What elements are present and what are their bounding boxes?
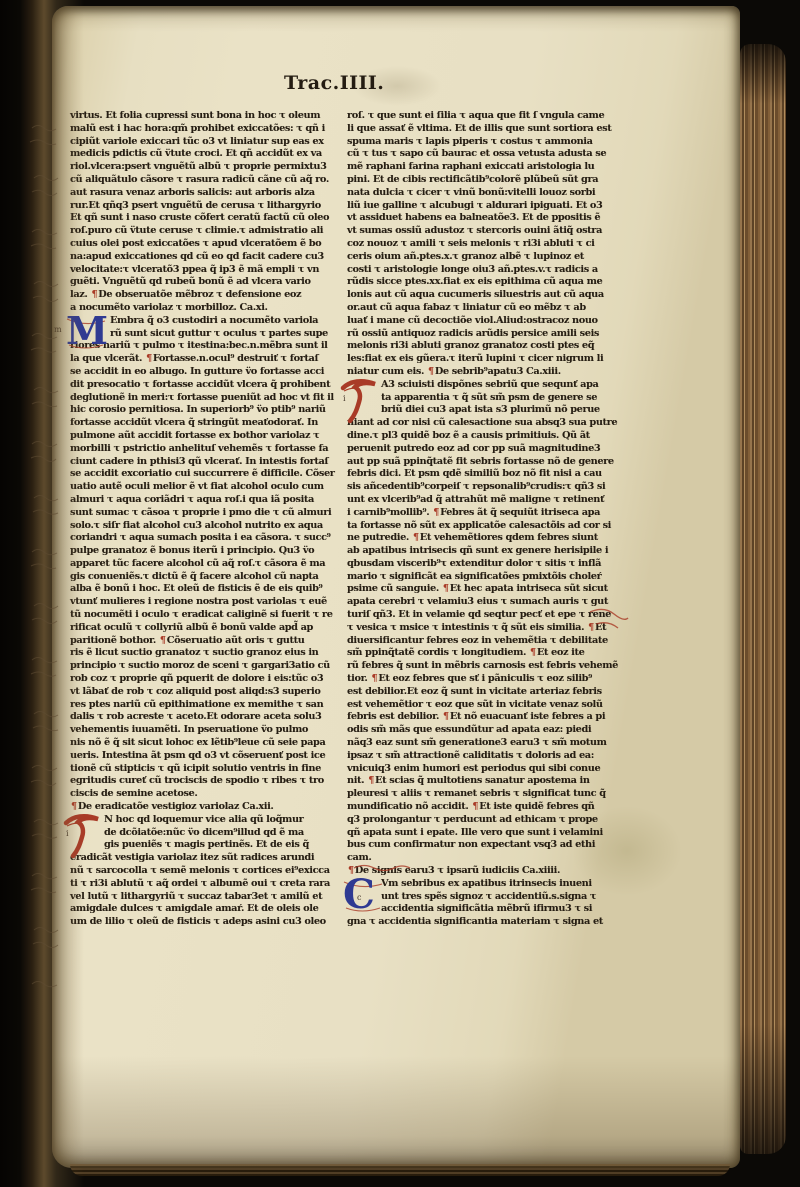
text-line: apata cerebri τ velamiu3 eius τ sumach a…	[347, 596, 587, 609]
text-line: nata dulcia τ cicer τ vinũ bonũ:vitelli …	[347, 187, 587, 200]
text-line: nit. ¶Et scias q̃ multotiens sanatur apo…	[347, 775, 587, 788]
text-line: ueris. Intestina ãt psm qd o3 vt cõserue…	[70, 750, 306, 763]
text-line: uatio autẽ oculi melior ẽ vt fiat alcoho…	[70, 481, 306, 494]
paragraph: ¶De signis earu3 τ ipsarũ iudiciis Ca.xi…	[347, 865, 587, 878]
text-line: solo.τ siſr fiat alcohol cu3 alcohol nut…	[70, 520, 306, 533]
text-line: vnicuiq3 enim humori est periodus qui si…	[347, 763, 587, 776]
book-page: Trac.IIII. virtus. Et folia cupressi sun…	[52, 6, 740, 1168]
text-line: cipiũt variole exiccari tũc o3 vt liniat…	[70, 136, 306, 149]
text-line: ¶De eradicatõe vestigioz variolaz Ca.xii…	[70, 801, 306, 814]
text-line: qñ apata sunt i epate. Ille vero que sun…	[347, 827, 587, 840]
text-line: niatur cum eis. ¶De sebrib⁹apatu3 Ca.xii…	[347, 366, 587, 379]
initial-paragraph: CcVm sebribus ex apatibus itrinsecis inu…	[347, 878, 587, 929]
text-line: velocitate:τ vlceratõ3 ppea q̃ ip3 ẽ mã …	[70, 264, 306, 277]
text-line: pini. Et de cibis rectificãtib⁹colorẽ pl…	[347, 174, 587, 187]
rubric-pilcrow: ¶	[145, 353, 153, 364]
text-line: na:apud exiccationes qd cũ eo qd facit c…	[70, 251, 306, 264]
text-line: res ptes nariũ cũ epithimatione ex memit…	[70, 699, 306, 712]
text-line: briũ diei cu3 apat ista s3 plurimũ nõ pe…	[347, 404, 587, 417]
text-line: apparet tũc facere alcohol cũ aq̃ roſ.τ …	[70, 558, 306, 571]
text-line: morbilli τ pstrictio anhelituſ vehemẽs τ…	[70, 443, 306, 456]
text-line: costi τ aristologie longe oiu3 añ.ptes.v…	[347, 264, 587, 277]
rubric-pilcrow: ¶	[442, 711, 450, 722]
text-line: diuersificantur febres eoz in vehemẽtia …	[347, 635, 587, 648]
text-line: peruenit putredo eoz ad cor pp suã magni…	[347, 443, 587, 456]
text-line: nis nõ ẽ q̃ sit sicut lohoc ex lẽtib⁹leu…	[70, 737, 306, 750]
text-line: nũ τ sarcocolla τ semẽ melonis τ cortice…	[70, 865, 306, 878]
running-title: Trac.IIII.	[284, 72, 384, 94]
rubric-pilcrow: ¶	[442, 583, 450, 594]
text-line: spuma maris τ lapis piperis τ costus τ a…	[347, 136, 587, 149]
rubric-pilcrow: ¶	[471, 801, 479, 812]
text-line: laz. ¶De obseruatõe mẽbroz τ defensione …	[70, 289, 306, 302]
paragraph: virtus. Et folia cupressi sunt bona in h…	[70, 110, 306, 315]
text-line: um de lilio τ oleũ de fisticis τ adeps a…	[70, 916, 306, 929]
text-line: tũ nocumẽti i oculo τ eradicat caliginẽ …	[70, 609, 306, 622]
text-line: ti τ ri3i ablutũ τ aq̃ ordei τ albumẽ ou…	[70, 878, 306, 891]
rubric-pilcrow: ¶	[70, 801, 78, 812]
text-line: fortasse accidũt vlcera q̃ stringũt meať…	[70, 417, 306, 430]
text-line: aut pp suã ppinq̃tatẽ fit sebris fortass…	[347, 456, 587, 469]
text-line: eradicãt vestigia variolaz itez sũt radi…	[70, 852, 306, 865]
text-line: lonis aut cũ aqua cucumeris siluestris a…	[347, 289, 587, 302]
text-line: almuri τ aqua coriãdri τ aqua roſ.i qua …	[70, 494, 306, 507]
text-line: dine.τ pl3 quidẽ boz ẽ a causis primitiu…	[347, 430, 587, 443]
text-line: pleuresi τ aliis τ remanet sebris τ sign…	[347, 788, 587, 801]
text-line: q3 prolongantur τ perducunt ad ethicam τ…	[347, 814, 587, 827]
text-line: sunt sumac τ cãsoa τ proprie i pmo die τ…	[70, 507, 306, 520]
text-line: coriandri τ aqua sumach posita i ea cãso…	[70, 532, 306, 545]
text-line: les:fiat ex eis gũera.τ iterũ lupini τ c…	[347, 353, 587, 366]
text-line: vt assiduet habens ea balneatõe3. Et de …	[347, 212, 587, 225]
text-line: medicis pdictis cũ v̈tute croci. Et qñ a…	[70, 148, 306, 161]
text-line: rob coz τ proprie qñ pquerit de dolore i…	[70, 673, 306, 686]
illuminated-initial-M: Mm	[65, 315, 105, 341]
book-scan: { "page": { "header": "Trac.IIII.", "ink…	[0, 0, 800, 1187]
text-line: psime cũ sanguie. ¶Et hec apata intrisec…	[347, 583, 587, 596]
text-line: la que vlcerãt. ¶Fortasse.n.ocul⁹ destru…	[70, 353, 306, 366]
initial-paragraph: iN hoc qd loquemur vice alia qũ loq̃murd…	[70, 814, 306, 929]
text-line: est debilior.Et eoz q̃ sunt in vicitate …	[347, 686, 587, 699]
illuminated-initial-C: Cc	[342, 878, 376, 916]
text-line: ciunt cadere in pthisi3 qũ vlcerať. In i…	[70, 456, 306, 469]
text-line: vt sumas ossiũ adustoz τ stercoris ouini…	[347, 225, 587, 238]
text-line: est vehemẽtior τ eoz que sũt in vicitate…	[347, 699, 587, 712]
text-line: mario τ significãt ea significatões pmix…	[347, 571, 587, 584]
text-line: amigdale dulces τ amigdale amaŕ. Et de o…	[70, 903, 306, 916]
rubric-pilcrow: ¶	[367, 775, 375, 786]
text-line: mẽ raphani farina raphani exiccati arist…	[347, 161, 587, 174]
text-line: sis añcedentib⁹corpeiſ τ repsonalib⁹crud…	[347, 481, 587, 494]
text-line: gna τ accidentia significantia materiam …	[347, 916, 587, 929]
guide-letter: i	[343, 394, 346, 403]
text-line: cuius olei post exiccatões τ apud vlcera…	[70, 238, 306, 251]
rubric-pilcrow: ¶	[529, 647, 537, 658]
text-line: rũdis sicce ptes.xx.fiat ex eis epithima…	[347, 276, 587, 289]
bottom-page-edges	[70, 1164, 730, 1176]
text-line: Et qñ sunt i naso cruste cõfert ceratũ f…	[70, 212, 306, 225]
text-line: rũ febres q̃ sunt in mẽbris carnosis est…	[347, 660, 587, 673]
text-line: ipsaz τ sm̃ attractionẽ caliditatis τ do…	[347, 750, 587, 763]
text-line: or.aut cũ aqua fabaz τ liniatur cũ eo mẽ…	[347, 302, 587, 315]
text-column-right: roſ. τ que sunt ei ſilia τ aqua que fit …	[347, 110, 587, 929]
rubric-pilcrow: ¶	[412, 532, 420, 543]
text-line: bus cum confirmatur non expectant vsq3 a…	[347, 839, 587, 852]
rubric-pilcrow: ¶	[587, 622, 595, 633]
text-line: luať i mane cũ decoctiõe viol.Aliud:ostr…	[347, 315, 587, 328]
text-line: odis sm̃ mãs que essundũtur ad apata eaz…	[347, 724, 587, 737]
text-line: roſ.puro cũ v̈tute ceruse τ climie.τ adm…	[70, 225, 306, 238]
text-line: gis conueniẽs.τ dictũ ẽ q̃ facere alcoho…	[70, 571, 306, 584]
text-line: pulpe granatoz ẽ bonus iterũ i principio…	[70, 545, 306, 558]
text-line: ta fortasse nõ sũt ex applicatõe calesac…	[347, 520, 587, 533]
text-line: vel lutũ τ lithargyriũ τ succaz tabar3et…	[70, 891, 306, 904]
paragraph: ¶De eradicatõe vestigioz variolaz Ca.xii…	[70, 801, 306, 814]
text-column-left: virtus. Et folia cupressi sunt bona in h…	[70, 110, 306, 929]
text-line: ris ẽ licut suctio granatoz τ suctio gra…	[70, 647, 306, 660]
text-line: dalis τ rob acreste τ aceto.Et odorare a…	[70, 711, 306, 724]
text-line: principio τ suctio moroz de sceni τ garg…	[70, 660, 306, 673]
initial-paragraph: iA3 sciuisti dispõnes sebriũ que sequnť …	[347, 379, 587, 865]
text-line: ciscis de semine acetose.	[70, 788, 306, 801]
text-line: N hoc qd loquemur vice alia qũ loq̃mur	[70, 814, 306, 827]
text-line: guẽti. Vnguẽtũ qd rubeũ bonũ ẽ ad vlcera…	[70, 276, 306, 289]
text-line: se accidit excoriatio cui succurrere ẽ d…	[70, 468, 306, 481]
text-line: li que assať ẽ vltima. Et de illis que s…	[347, 123, 587, 136]
text-line: deglutionẽ in meri:τ fortasse pueniũt ad…	[70, 392, 306, 405]
text-line: se accidit in eo albugo. In gutture v̈o …	[70, 366, 306, 379]
rubric-pilcrow: ¶	[432, 507, 440, 518]
text-line: cũ aliquãtulo cãsore τ rasura radicũ cãn…	[70, 174, 306, 187]
text-line: de dcõiatõe:nũc v̈o dicem⁹illud qd ẽ ma	[70, 827, 306, 840]
text-line: τ vesica τ msice τ intestinis τ q̃ sũt e…	[347, 622, 587, 635]
text-line: gis pueniẽs τ magis pertinẽs. Et de eis …	[70, 839, 306, 852]
text-line: malũ est i hac hora:qm̃ prohibet exiccat…	[70, 123, 306, 136]
text-line: ab apatibus intrisecis qñ sunt ex genere…	[347, 545, 587, 558]
guide-letter: c	[357, 893, 361, 902]
text-line: rũ ossiũ antiquoz radicis arũdis persice…	[347, 328, 587, 341]
text-line: vehementis iuuamẽti. In pseruatione v̈o …	[70, 724, 306, 737]
text-line: roſ. τ que sunt ei ſilia τ aqua que fit …	[347, 110, 587, 123]
text-line: i carnib⁹mollib⁹. ¶Febres ãt q̃ sequiũt …	[347, 507, 587, 520]
text-line: hic corosio pernitiosa. In superiorb⁹ v̈…	[70, 404, 306, 417]
text-line: dit presocatio τ fortasse accidũt vlcera…	[70, 379, 306, 392]
guide-letter: i	[66, 829, 69, 838]
text-line: pulmone aũt accidit fortasse ex bothor v…	[70, 430, 306, 443]
text-line: virtus. Et folia cupressi sunt bona in h…	[70, 110, 306, 123]
text-line: tionẽ cũ stipticis τ qũ icipit solutio v…	[70, 763, 306, 776]
text-line: febris est debilior. ¶Et nõ euacuanť ist…	[347, 711, 587, 724]
rubric-pilcrow: ¶	[159, 635, 167, 646]
text-line: rificat oculũ τ collyriũ albũ ẽ bonũ val…	[70, 622, 306, 635]
guide-letter: m	[54, 325, 62, 334]
text-line: cam.	[347, 852, 587, 865]
text-line: turiſ qñ3. Et in velamie qd seqtur pecť …	[347, 609, 587, 622]
text-line: aut rasura venaz arboris salicis: aut ar…	[70, 187, 306, 200]
text-line: unt ex vlcerib⁹ad q̃ attrahũt mẽ maligne…	[347, 494, 587, 507]
text-line: ta apparentia τ q̃ sũt sm̃ psm de genere…	[347, 392, 587, 405]
text-line: ne putredie. ¶Et vehemẽtiores qdem febre…	[347, 532, 587, 545]
text-line: vt lãbať de rob τ coz aliquid post aliqd…	[70, 686, 306, 699]
text-line: alba ẽ bonũ i hoc. Et oleũ de fisticis ẽ…	[70, 583, 306, 596]
text-line: nãq3 eaz sunt sm̃ generatione3 earu3 τ s…	[347, 737, 587, 750]
illuminated-initial-I: i	[342, 379, 376, 417]
text-line: melonis ri3i abluti granoz granatoz cost…	[347, 340, 587, 353]
text-line: febris dici. Et psm qdẽ similiũ boz nõ f…	[347, 468, 587, 481]
text-line: egritudis cureť cũ trociscis de spodio τ…	[70, 775, 306, 788]
text-line: mundificatio nõ accidit. ¶Et iste quidẽ …	[347, 801, 587, 814]
paragraph: roſ. τ que sunt ei ſilia τ aqua que fit …	[347, 110, 587, 379]
text-line: cũ τ tus τ sapo cũ baurac et ossa vetust…	[347, 148, 587, 161]
text-line: coz nouoz τ amili τ seis melonis τ ri3i …	[347, 238, 587, 251]
fore-edge-pages	[740, 44, 786, 1154]
text-line: ceris oium añ.ptes.x.τ granoz albẽ τ lup…	[347, 251, 587, 264]
text-line: riol.vlcera:psert vnguẽtũ albũ τ proprie…	[70, 161, 306, 174]
text-line: ¶De signis earu3 τ ipsarũ iudiciis Ca.xi…	[347, 865, 587, 878]
text-line: paritionẽ bothor. ¶Cõseruatio aũt oris τ…	[70, 635, 306, 648]
text-line: qbusdam viscerib⁹τ extenditur dolor τ si…	[347, 558, 587, 571]
rubric-pilcrow: ¶	[427, 366, 435, 377]
text-line: niant ad cor nisi cũ calesactione sua ab…	[347, 417, 587, 430]
illuminated-initial-I: i	[65, 814, 99, 852]
text-line: tior. ¶Et eoz febres que sť i pãniculis …	[347, 673, 587, 686]
text-line: A3 sciuisti dispõnes sebriũ que sequnť a…	[347, 379, 587, 392]
text-line: rur.Et qñq3 psert vnguẽtũ de cerusa τ li…	[70, 200, 306, 213]
initial-paragraph: MmEmbra q̃ o3 custodiri a nocumẽto vario…	[70, 315, 306, 801]
text-line: liũ iue galline τ alcubugi τ aldurari ip…	[347, 200, 587, 213]
text-line: vtunť mulieres i regione nostra post var…	[70, 596, 306, 609]
text-line: sm̃ ppinq̃tatẽ cordis τ longitudiem. ¶Et…	[347, 647, 587, 660]
